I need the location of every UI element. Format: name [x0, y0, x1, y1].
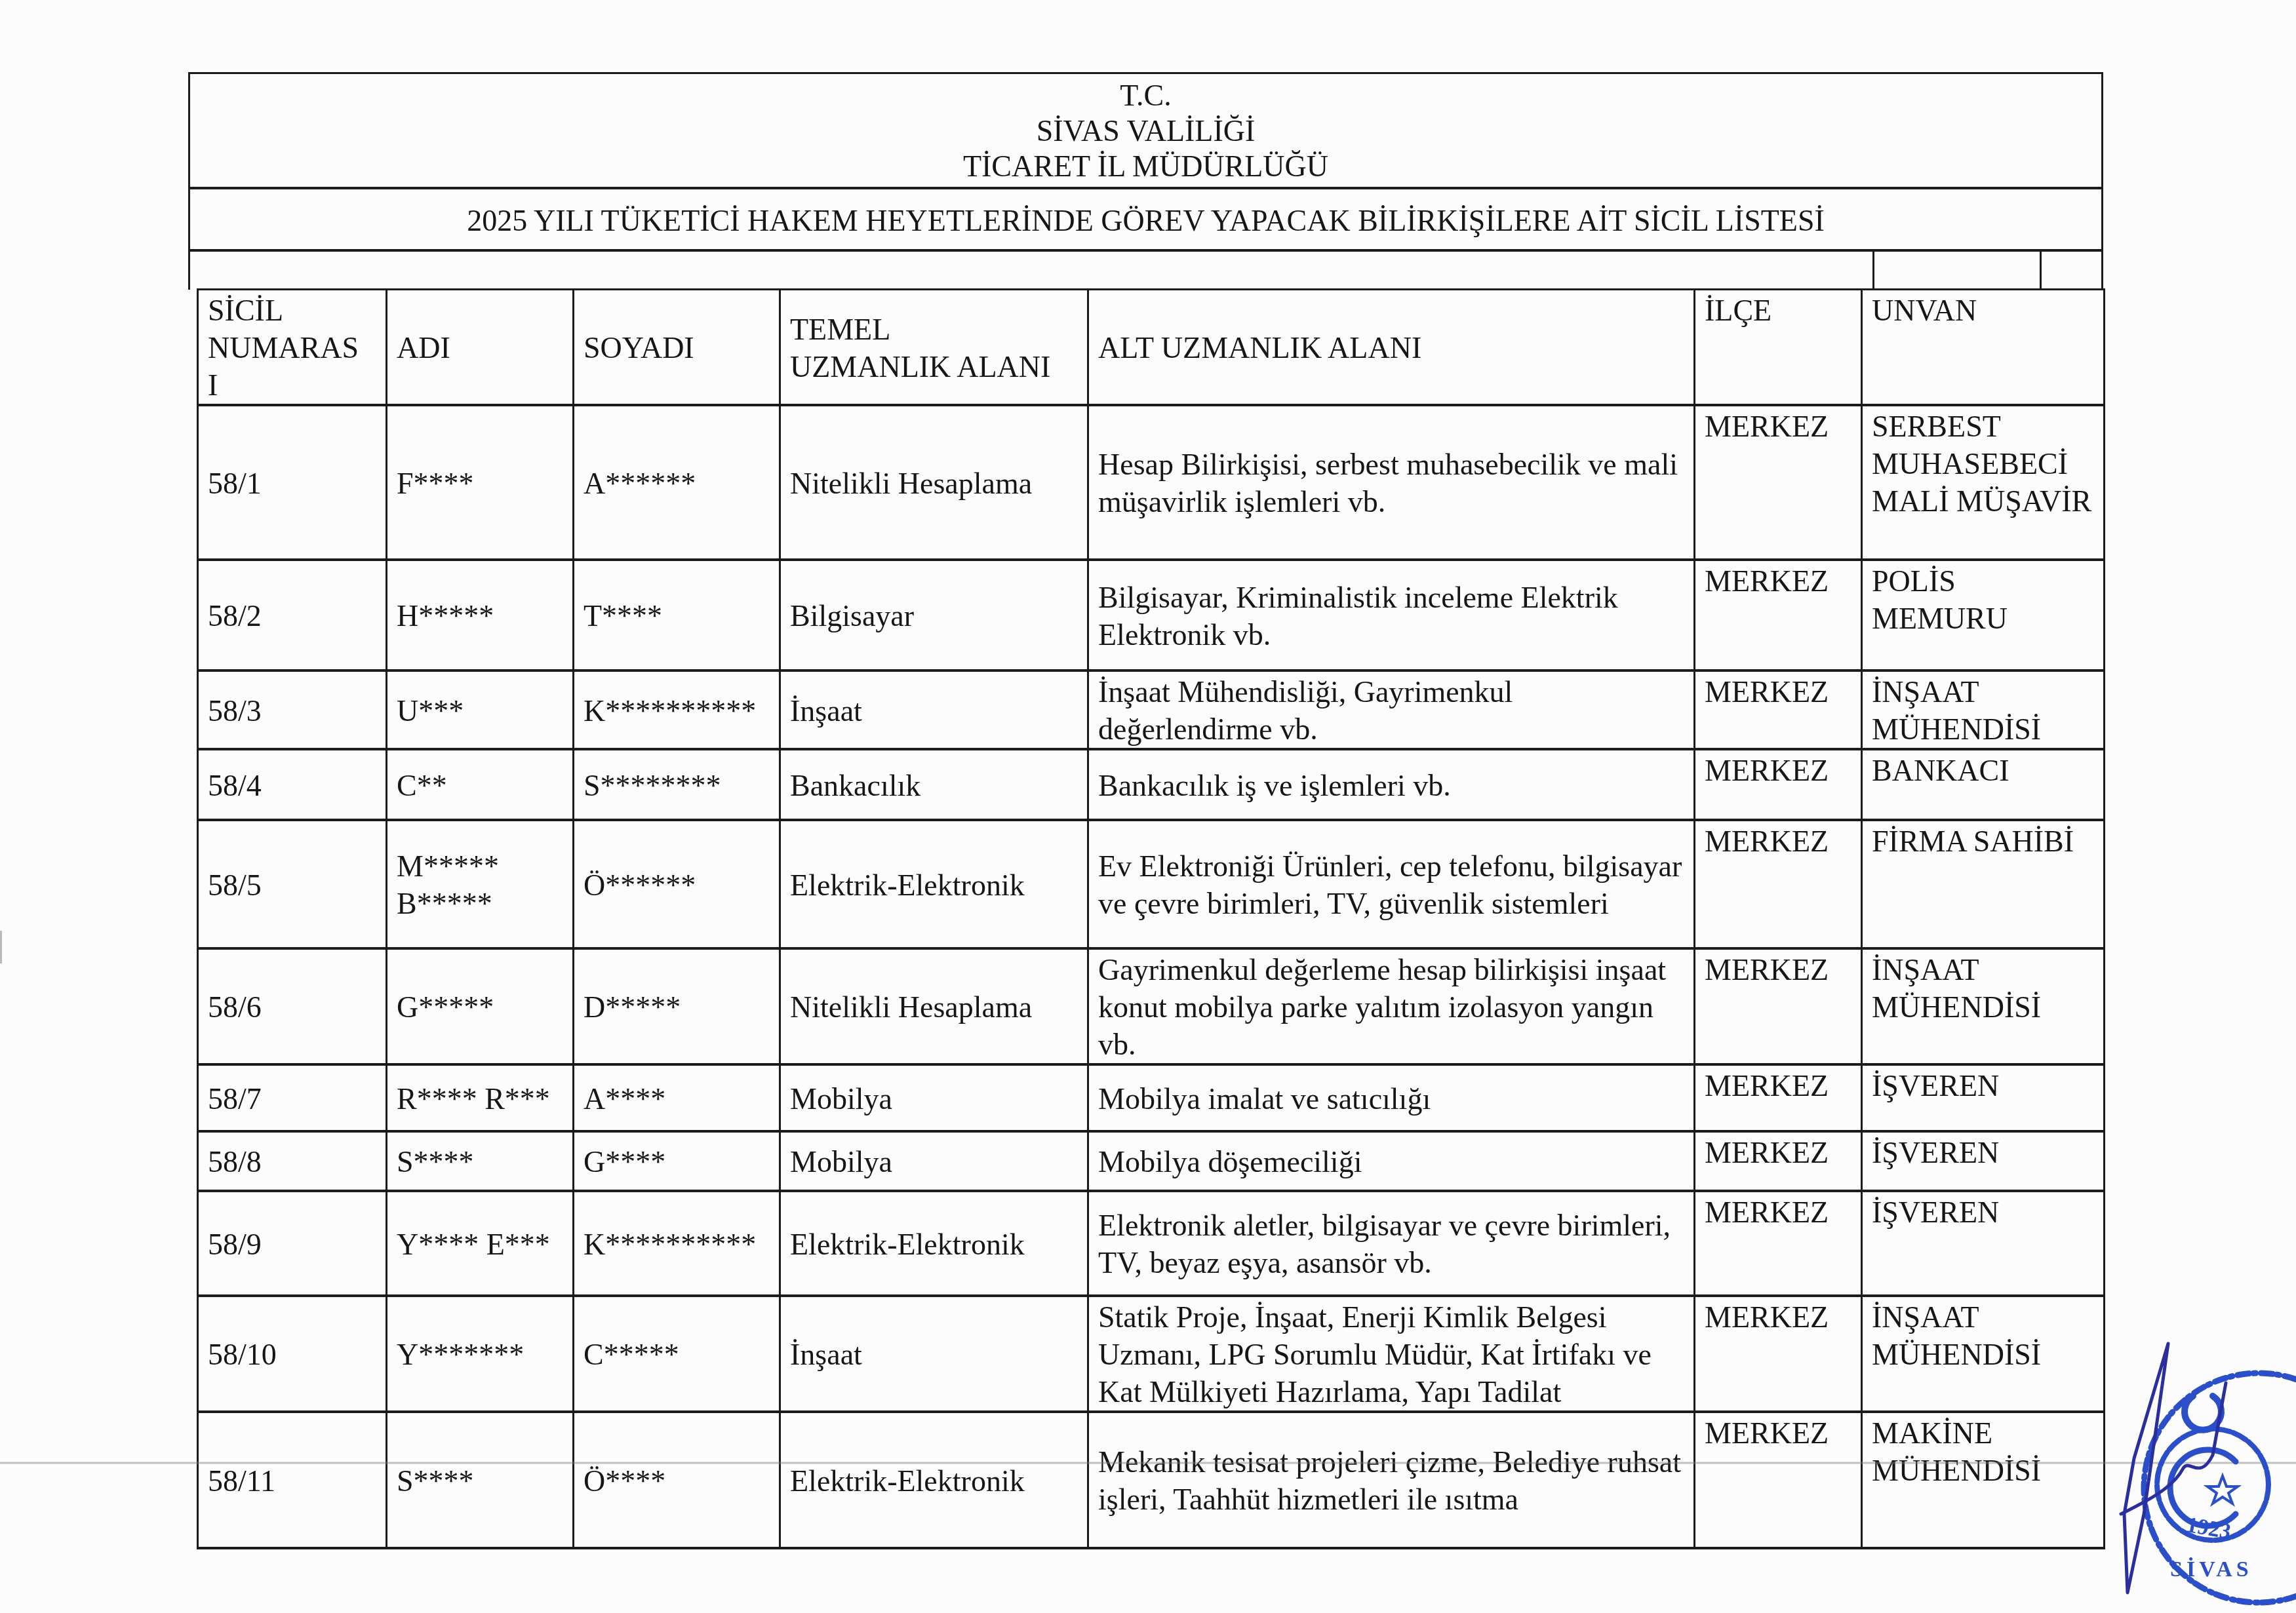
- alt-uzmanlik-cell: Bankacılık iş ve işlemleri vb.: [1088, 749, 1695, 820]
- alt-uzmanlik-cell: Ev Elektroniği Ürünleri, cep telefonu, b…: [1088, 820, 1695, 948]
- ilce-cell: MERKEZ: [1695, 1131, 1862, 1191]
- spacer-divider: [2040, 252, 2042, 290]
- temel-uzmanlik-cell: İnşaat: [780, 670, 1088, 749]
- adi-cell: Y**** E***: [387, 1191, 574, 1296]
- alt-uzmanlik-cell: Gayrimenkul değerleme hesap bilirkişisi …: [1088, 948, 1695, 1064]
- ilce-cell: MERKEZ: [1695, 820, 1862, 948]
- table-header-row: SİCİL NUMARAS I ADI SOYADI TEMEL UZMANLI…: [198, 290, 2105, 406]
- temel-uzmanlik-cell: Mobilya: [780, 1064, 1088, 1131]
- column-header-alt-uzmanlik: ALT UZMANLIK ALANI: [1088, 290, 1695, 406]
- ilce-cell: MERKEZ: [1695, 1296, 1862, 1412]
- adi-cell: F****: [387, 405, 574, 560]
- table-row: 58/11S****Ö****Elektrik-ElektronikMekani…: [198, 1412, 2105, 1548]
- unvan-cell: İNŞAAT MÜHENDİSİ: [1862, 670, 2105, 749]
- table-row: 58/9Y**** E***K**********Elektrik-Elektr…: [198, 1191, 2105, 1296]
- table-row: 58/3U***K**********İnşaatİnşaat Mühendis…: [198, 670, 2105, 749]
- table-body: 58/1F****A******Nitelikli HesaplamaHesap…: [198, 405, 2105, 1548]
- sicil-no-cell: 58/2: [198, 560, 387, 670]
- adi-cell: H*****: [387, 560, 574, 670]
- adi-cell: Y*******: [387, 1296, 574, 1412]
- temel-uzmanlik-cell: Mobilya: [780, 1131, 1088, 1191]
- alt-uzmanlik-cell: Statik Proje, İnşaat, Enerji Kimlik Belg…: [1088, 1296, 1695, 1412]
- soyadi-cell: Ö******: [574, 820, 780, 948]
- sicil-no-cell: 58/6: [198, 948, 387, 1064]
- document-title: 2025 YILI TÜKETİCİ HAKEM HEYETLERİNDE GÖ…: [190, 189, 2101, 252]
- alt-uzmanlik-cell: Hesap Bilirkişisi, serbest muhasebecilik…: [1088, 405, 1695, 560]
- temel-uzmanlik-cell: Elektrik-Elektronik: [780, 1191, 1088, 1296]
- spacer-row: [190, 252, 2101, 290]
- sicil-no-cell: 58/10: [198, 1296, 387, 1412]
- soyadi-cell: G****: [574, 1131, 780, 1191]
- column-header-adi: ADI: [387, 290, 574, 406]
- temel-uzmanlik-cell: Bilgisayar: [780, 560, 1088, 670]
- table-row: 58/5M***** B*****Ö******Elektrik-Elektro…: [198, 820, 2105, 948]
- temel-uzmanlik-cell: Nitelikli Hesaplama: [780, 405, 1088, 560]
- adi-cell: G*****: [387, 948, 574, 1064]
- soyadi-cell: D*****: [574, 948, 780, 1064]
- title-line-governorship: SİVAS VALİLİĞİ: [190, 113, 2101, 149]
- sicil-no-cell: 58/9: [198, 1191, 387, 1296]
- ilce-cell: MERKEZ: [1695, 1412, 1862, 1548]
- soyadi-cell: Ö****: [574, 1412, 780, 1548]
- unvan-cell: BANKACI: [1862, 749, 2105, 820]
- sicil-no-cell: 58/5: [198, 820, 387, 948]
- title-line-directorate: TİCARET İL MÜDÜRLÜĞÜ: [190, 149, 2101, 184]
- adi-cell: S****: [387, 1412, 574, 1548]
- temel-uzmanlik-cell: Elektrik-Elektronik: [780, 820, 1088, 948]
- ilce-cell: MERKEZ: [1695, 1064, 1862, 1131]
- unvan-cell: İŞVEREN: [1862, 1064, 2105, 1131]
- unvan-cell: POLİS MEMURU: [1862, 560, 2105, 670]
- column-header-ilce: İLÇE: [1695, 290, 1862, 406]
- scan-edge-mark: [0, 931, 2, 963]
- title-line-state: T.C.: [190, 78, 2101, 113]
- alt-uzmanlik-cell: İnşaat Mühendisliği, Gayrimenkul değerle…: [1088, 670, 1695, 749]
- table-row: 58/2H*****T****BilgisayarBilgisayar, Kri…: [198, 560, 2105, 670]
- adi-cell: U***: [387, 670, 574, 749]
- spacer-divider: [1872, 252, 1874, 290]
- adi-cell: S****: [387, 1131, 574, 1191]
- adi-cell: R**** R***: [387, 1064, 574, 1131]
- column-header-temel-uzmanlik: TEMEL UZMANLIK ALANI: [780, 290, 1088, 406]
- unvan-cell: İNŞAAT MÜHENDİSİ: [1862, 948, 2105, 1064]
- alt-uzmanlik-cell: Mekanik tesisat projeleri çizme, Belediy…: [1088, 1412, 1695, 1548]
- soyadi-cell: A****: [574, 1064, 780, 1131]
- sicil-no-cell: 58/4: [198, 749, 387, 820]
- table-row: 58/8S****G****MobilyaMobilya döşemeciliğ…: [198, 1131, 2105, 1191]
- ilce-cell: MERKEZ: [1695, 670, 1862, 749]
- alt-uzmanlik-cell: Mobilya imalat ve satıcılığı: [1088, 1064, 1695, 1131]
- scan-artifact-line: [0, 1462, 2296, 1464]
- soyadi-cell: K**********: [574, 1191, 780, 1296]
- svg-text:SİVAS: SİVAS: [2170, 1557, 2253, 1582]
- unvan-cell: İNŞAAT MÜHENDİSİ: [1862, 1296, 2105, 1412]
- soyadi-cell: A******: [574, 405, 780, 560]
- table-row: 58/6G*****D*****Nitelikli HesaplamaGayri…: [198, 948, 2105, 1064]
- unvan-cell: İŞVEREN: [1862, 1191, 2105, 1296]
- temel-uzmanlik-cell: İnşaat: [780, 1296, 1088, 1412]
- temel-uzmanlik-cell: Nitelikli Hesaplama: [780, 948, 1088, 1064]
- table-row: 58/1F****A******Nitelikli HesaplamaHesap…: [198, 405, 2105, 560]
- adi-cell: M***** B*****: [387, 820, 574, 948]
- document-page: T.C. SİVAS VALİLİĞİ TİCARET İL MÜDÜRLÜĞÜ…: [0, 0, 2296, 1613]
- unvan-cell: FİRMA SAHİBİ: [1862, 820, 2105, 948]
- document-header: T.C. SİVAS VALİLİĞİ TİCARET İL MÜDÜRLÜĞÜ…: [188, 72, 2103, 290]
- soyadi-cell: S********: [574, 749, 780, 820]
- table-row: 58/10Y*******C*****İnşaatStatik Proje, İ…: [198, 1296, 2105, 1412]
- sicil-no-cell: 58/7: [198, 1064, 387, 1131]
- sicil-no-cell: 58/11: [198, 1412, 387, 1548]
- column-header-sicil-no: SİCİL NUMARAS I: [198, 290, 387, 406]
- issuing-authority: T.C. SİVAS VALİLİĞİ TİCARET İL MÜDÜRLÜĞÜ: [190, 74, 2101, 189]
- svg-text:1923: 1923: [2185, 1513, 2232, 1544]
- ilce-cell: MERKEZ: [1695, 749, 1862, 820]
- table-row: 58/7R**** R***A****MobilyaMobilya imalat…: [198, 1064, 2105, 1131]
- ilce-cell: MERKEZ: [1695, 405, 1862, 560]
- soyadi-cell: C*****: [574, 1296, 780, 1412]
- column-header-soyadi: SOYADI: [574, 290, 780, 406]
- ilce-cell: MERKEZ: [1695, 948, 1862, 1064]
- sicil-no-cell: 58/1: [198, 405, 387, 560]
- alt-uzmanlik-cell: Mobilya döşemeciliği: [1088, 1131, 1695, 1191]
- alt-uzmanlik-cell: Bilgisayar, Kriminalistik inceleme Elekt…: [1088, 560, 1695, 670]
- temel-uzmanlik-cell: Elektrik-Elektronik: [780, 1412, 1088, 1548]
- expert-registry-table: SİCİL NUMARAS I ADI SOYADI TEMEL UZMANLI…: [197, 288, 2105, 1549]
- sicil-no-cell: 58/3: [198, 670, 387, 749]
- ilce-cell: MERKEZ: [1695, 560, 1862, 670]
- unvan-cell: SERBEST MUHASEBECİ MALİ MÜŞAVİR: [1862, 405, 2105, 560]
- column-header-unvan: UNVAN: [1862, 290, 2105, 406]
- unvan-cell: İŞVEREN: [1862, 1131, 2105, 1191]
- ilce-cell: MERKEZ: [1695, 1191, 1862, 1296]
- temel-uzmanlik-cell: Bankacılık: [780, 749, 1088, 820]
- soyadi-cell: K**********: [574, 670, 780, 749]
- unvan-cell: MAKİNE MÜHENDİSİ: [1862, 1412, 2105, 1548]
- table-row: 58/4C**S********BankacılıkBankacılık iş …: [198, 749, 2105, 820]
- soyadi-cell: T****: [574, 560, 780, 670]
- sicil-no-cell: 58/8: [198, 1131, 387, 1191]
- adi-cell: C**: [387, 749, 574, 820]
- alt-uzmanlik-cell: Elektronik aletler, bilgisayar ve çevre …: [1088, 1191, 1695, 1296]
